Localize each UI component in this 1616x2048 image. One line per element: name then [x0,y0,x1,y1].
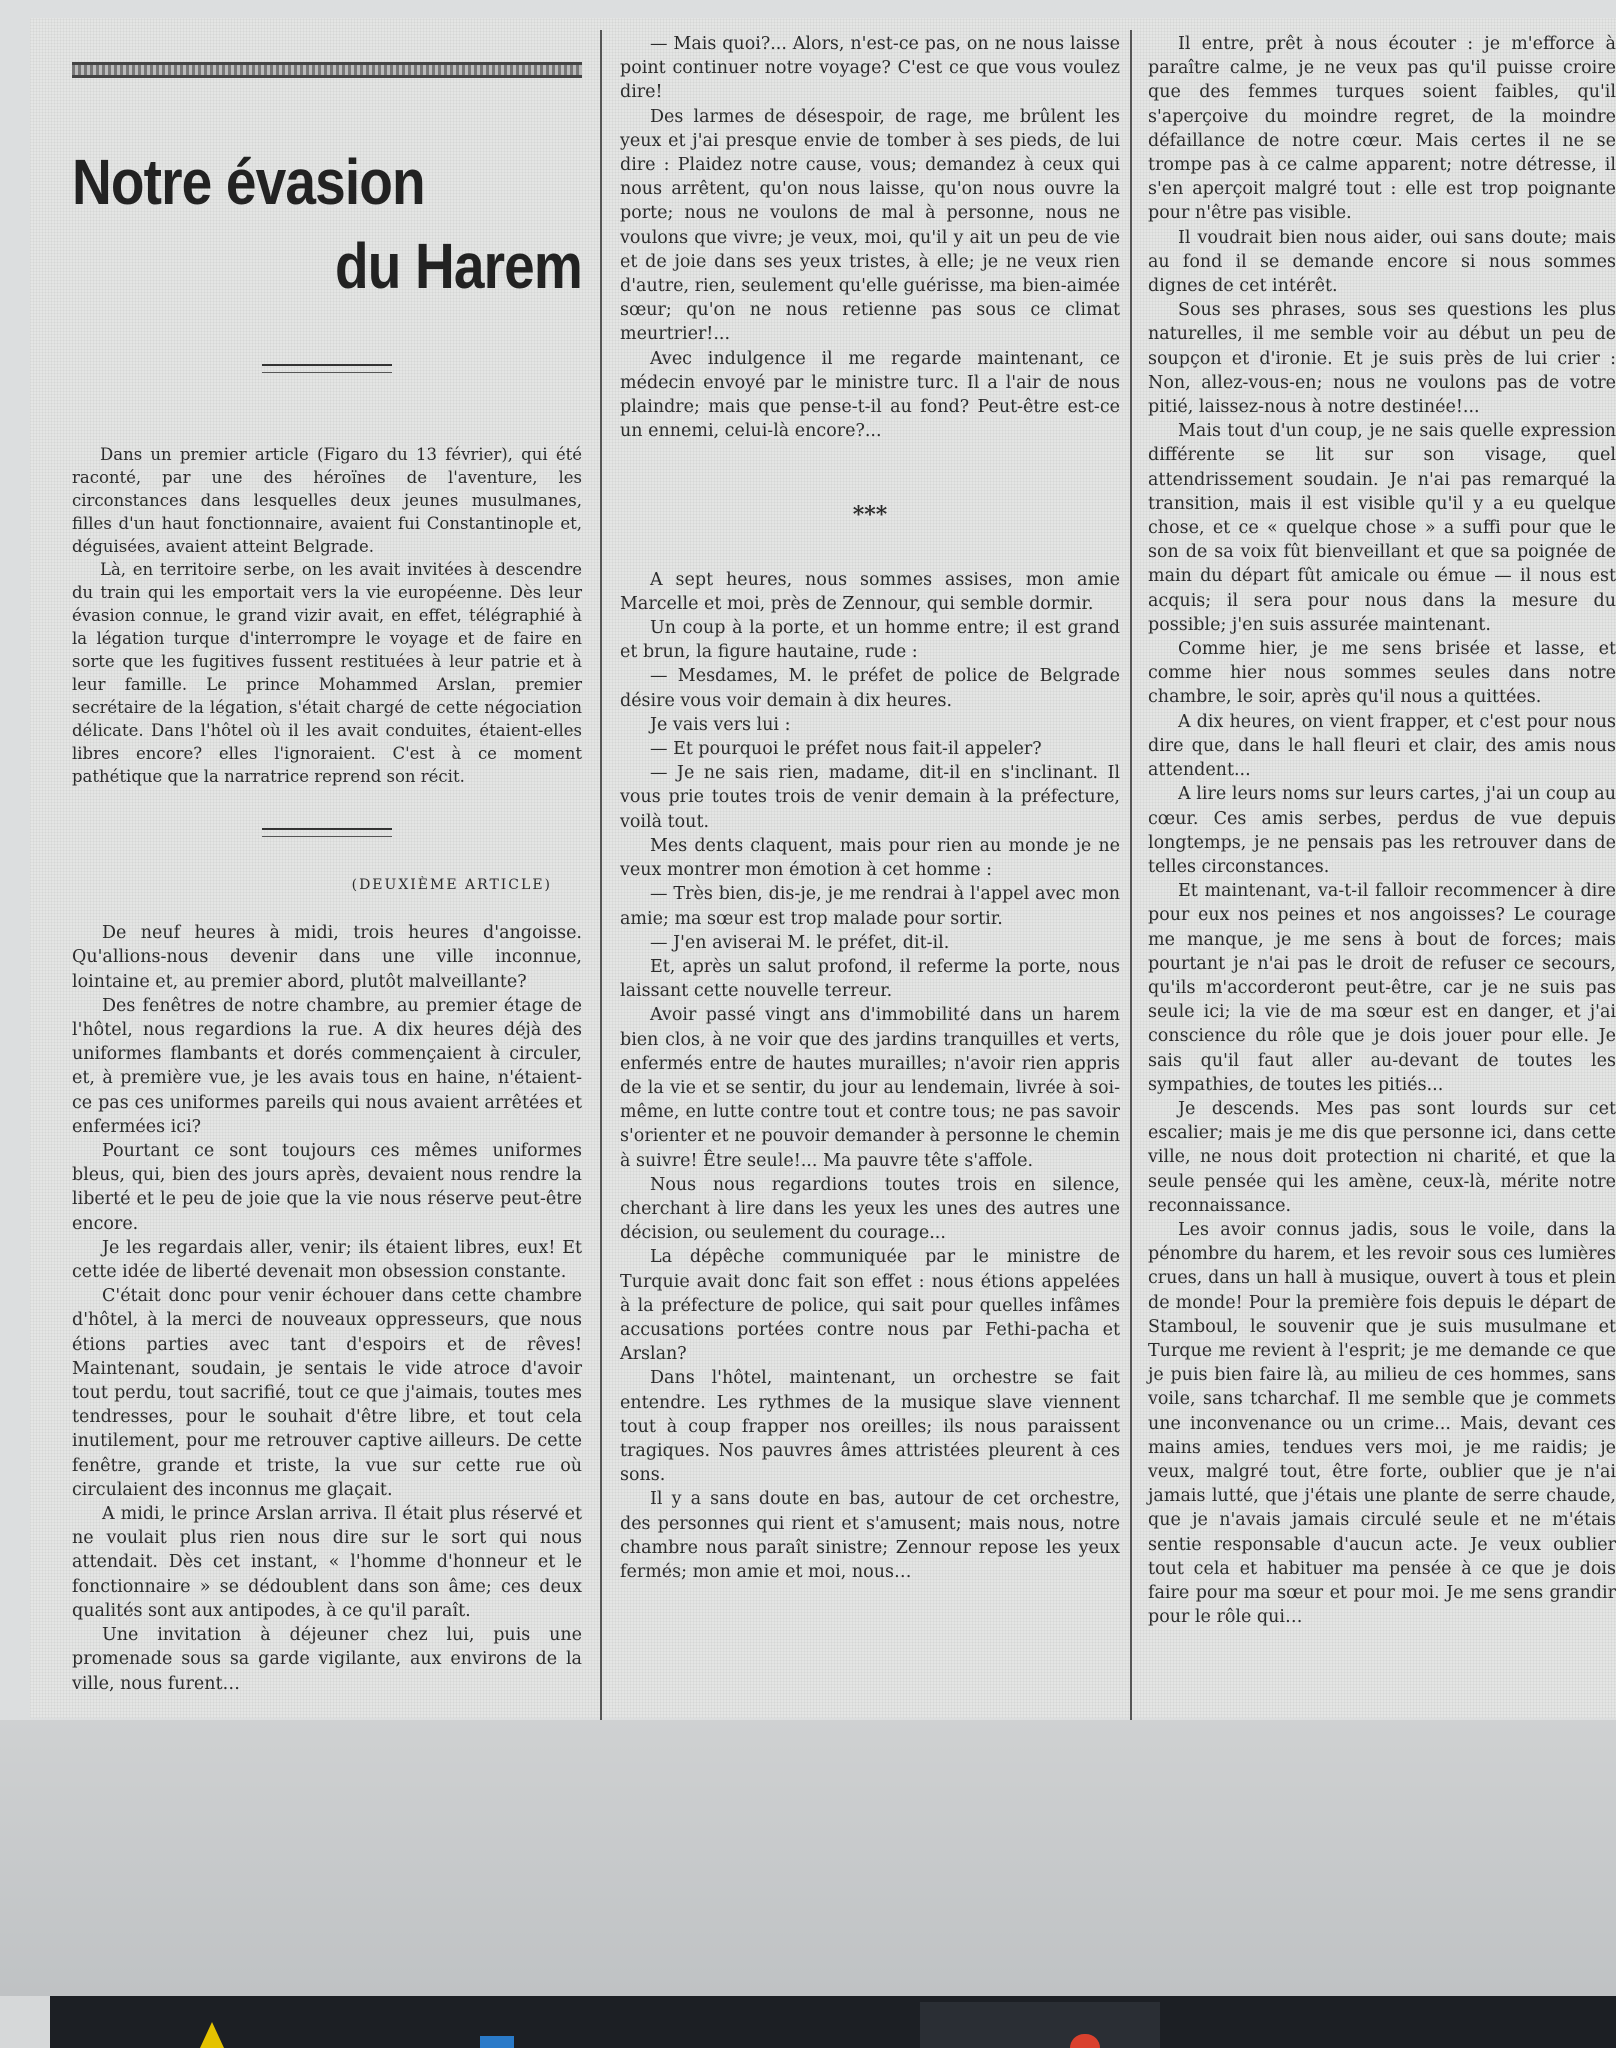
paragraph: Et, après un salut profond, il referme l… [620,955,1120,1003]
paragraph: Avoir passé vingt ans d'immobilité dans … [620,1003,1120,1172]
section-break-asterism: *​*​* [620,503,1120,527]
paragraph: Avec indulgence il me regarde maintenant… [620,347,1120,444]
article-intro: Dans un premier article (Figaro du 13 fé… [72,443,582,788]
paragraph: — J'en aviserai M. le préfet, dit-il. [620,931,1120,955]
paragraph: Les avoir connus jadis, sous le voile, d… [1148,1218,1616,1629]
taskbar [50,1996,1616,2048]
column-3: Il entre, prêt à nous écouter : je m'eff… [1148,32,1616,1629]
paragraph: De neuf heures à midi, trois heures d'an… [72,921,582,994]
paragraph: Je descends. Mes pas sont lourds sur cet… [1148,1097,1616,1218]
paragraph: Une invitation à déjeuner chez lui, puis… [72,1623,582,1696]
paragraph: Il entre, prêt à nous écouter : je m'eff… [1148,32,1616,226]
paragraph: Il voudrait bien nous aider, oui sans do… [1148,226,1616,299]
paragraph: A dix heures, on vient frapper, et c'est… [1148,710,1616,783]
paragraph: Il y a sans doute en bas, autour de cet … [620,1487,1120,1584]
paragraph: Mais tout d'un coup, je ne sais quelle e… [1148,419,1616,637]
paragraph: Sous ses phrases, sous ses questions les… [1148,298,1616,419]
column-2: — Mais quoi?... Alors, n'est-ce pas, on … [620,32,1120,1584]
intro-paragraph: Dans un premier article (Figaro du 13 fé… [72,443,582,558]
paragraph: Des fenêtres de notre chambre, au premie… [72,994,582,1139]
paragraph: Comme hier, je me sens brisée et lasse, … [1148,637,1616,710]
monitor-bezel [0,1720,1616,1996]
headline-rule [262,364,392,373]
app-yellow-icon[interactable] [200,2022,224,2048]
paragraph: — Mais quoi?... Alors, n'est-ce pas, on … [620,32,1120,105]
paragraph: La dépêche communiquée par le ministre d… [620,1245,1120,1366]
paragraph: — Mesdames, M. le préfet de police de Be… [620,664,1120,712]
column-1-body: De neuf heures à midi, trois heures d'an… [72,921,582,1696]
app-blue-icon[interactable] [480,2036,514,2048]
paragraph: A midi, le prince Arslan arriva. Il étai… [72,1502,582,1623]
paragraph: Dans l'hôtel, maintenant, un orchestre s… [620,1366,1120,1487]
paragraph: Je vais vers lui : [620,713,1120,737]
paragraph: Et maintenant, va-t-il falloir recommenc… [1148,879,1616,1097]
paragraph: — Je ne sais rien, madame, dit-il en s'i… [620,761,1120,834]
column-divider [600,30,602,1720]
paragraph: A sept heures, nous sommes assises, mon … [620,568,1120,616]
paragraph: Je les regardais aller, venir; ils étaie… [72,1236,582,1284]
taskbar-active-segment[interactable] [920,2002,1160,2048]
newspaper-page: Notre évasion du Harem Dans un premier a… [30,18,1616,1718]
paragraph: C'était donc pour venir échouer dans cet… [72,1284,582,1502]
paragraph: Un coup à la porte, et un homme entre; i… [620,616,1120,664]
article-subtitle: (DEUXIÈME ARTICLE) [72,873,552,897]
paragraph: — Très bien, dis-je, je me rendrai à l'a… [620,882,1120,930]
column-divider [1130,30,1132,1720]
headline-line-2: du Harem [143,228,582,304]
paragraph: A lire leurs noms sur leurs cartes, j'ai… [1148,782,1616,879]
intro-paragraph: Là, en territoire serbe, on les avait in… [72,558,582,788]
paragraph: Nous nous regardions toutes trois en sil… [620,1173,1120,1246]
paragraph: Pourtant ce sont toujours ces mêmes unif… [72,1139,582,1236]
paragraph: — Et pourquoi le préfet nous fait-il app… [620,737,1120,761]
screen: Notre évasion du Harem Dans un premier a… [0,0,1616,1720]
header-rule [72,62,582,78]
intro-rule [262,828,392,837]
column-1: Notre évasion du Harem Dans un premier a… [72,32,582,1696]
paragraph: Des larmes de désespoir, de rage, me brû… [620,105,1120,347]
paragraph: Mes dents claquent, mais pour rien au mo… [620,834,1120,882]
headline-line-1: Notre évasion [72,144,511,220]
